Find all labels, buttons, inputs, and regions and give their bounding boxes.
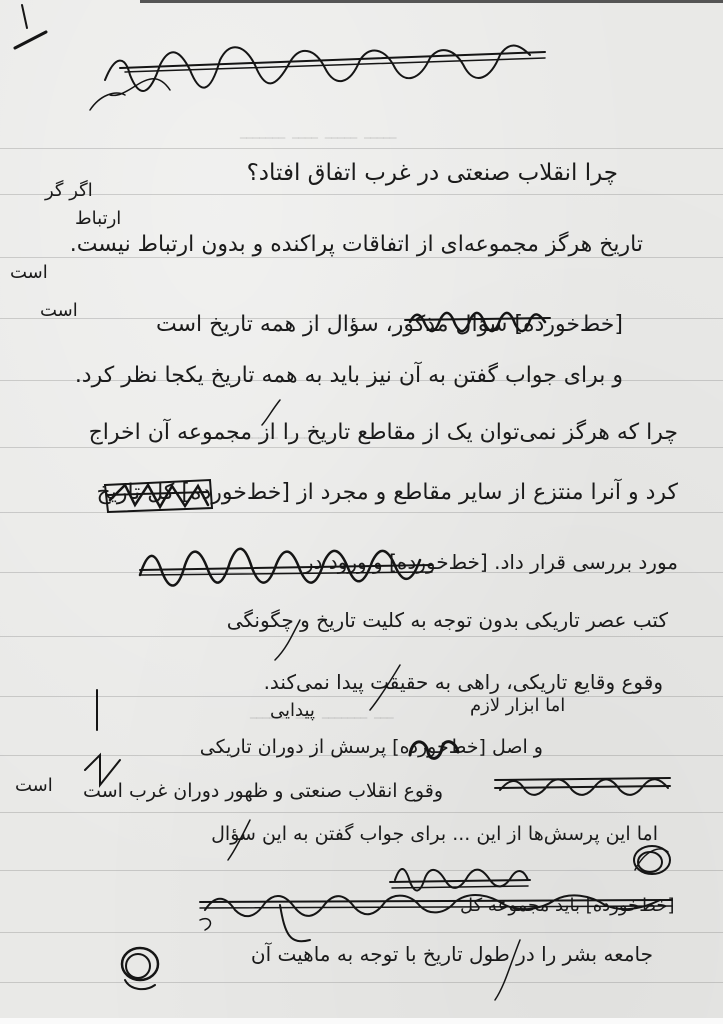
margin-note: اگر گر	[45, 180, 93, 201]
tick-mark-icon	[22, 5, 27, 28]
ruled-line	[0, 148, 723, 149]
text-line: جامعه بشر را در طول تاریخ با توجه به ماه…	[251, 942, 653, 966]
ruled-line	[0, 194, 723, 195]
paper-bottom-edge	[0, 1018, 723, 1024]
crossed-out-heading	[90, 46, 545, 110]
paper-top-edge	[140, 0, 723, 3]
text-line: چرا انقلاب صنعتی در غرب اتفاق افتاد؟	[247, 160, 618, 186]
text-line: و اصل [خط‌خورده] پرسش از دوران تاریکی	[200, 736, 543, 758]
ruled-line	[0, 512, 723, 513]
bleed-through-text: ـــــــ ــــ ـــــ ـــــ	[240, 120, 396, 145]
tick-mark-icon	[15, 32, 46, 48]
margin-note: [خط‌خورده] باید مجموعه کل	[460, 895, 675, 916]
text-line: [خط‌خورده] سؤال مذکور، سؤال از همه تاریخ…	[156, 312, 623, 337]
text-line: وقوع انقلاب صنعتی و ظهور دوران غرب است	[83, 780, 443, 802]
ruled-line	[0, 982, 723, 983]
ruled-line	[0, 870, 723, 871]
ruled-line	[0, 636, 723, 637]
manuscript-page: ـــــــ ــــ ـــــ ـــــ ــــ ـــــــ ــ…	[0, 0, 723, 1024]
ruled-line	[0, 812, 723, 813]
text-line: چرا که هرگز نمی‌توان یک از مقاطع تاریخ ر…	[89, 420, 678, 445]
inserted-word: پیدایی	[270, 700, 315, 721]
ruled-line	[0, 447, 723, 448]
text-line: مورد بررسی قرار داد. [خط‌خورده] و ورود د…	[304, 550, 678, 574]
margin-note: است	[10, 262, 48, 283]
scribble-strikeout	[390, 869, 530, 891]
text-line: تاریخ هرگز مجموعه‌ای از اتفاقات پراکنده …	[70, 232, 643, 257]
ruled-line	[0, 696, 723, 697]
margin-note: ارتباط	[75, 208, 121, 229]
text-line: و برای جواب گفتن به آن نیز باید به همه ت…	[75, 363, 623, 388]
text-line: کرد و آنرا منتزع از سایر مقاطع و مجرد از…	[97, 480, 679, 505]
ruled-line	[0, 932, 723, 933]
text-line: اما این پرسش‌ها از این ... برای جواب گفت…	[211, 823, 658, 845]
text-line: وقوع وقایع تاریکی، راهی به حقیقت پیدا نم…	[264, 670, 663, 694]
ruled-line	[0, 257, 723, 258]
margin-note: است	[40, 300, 78, 321]
margin-note: است	[15, 775, 53, 796]
text-line: کتب عصر تاریکی بدون توجه به کلیت تاریخ و…	[227, 608, 668, 632]
margin-note: اما ابزار لازم	[470, 695, 565, 716]
scribble-strikeout	[495, 778, 670, 795]
